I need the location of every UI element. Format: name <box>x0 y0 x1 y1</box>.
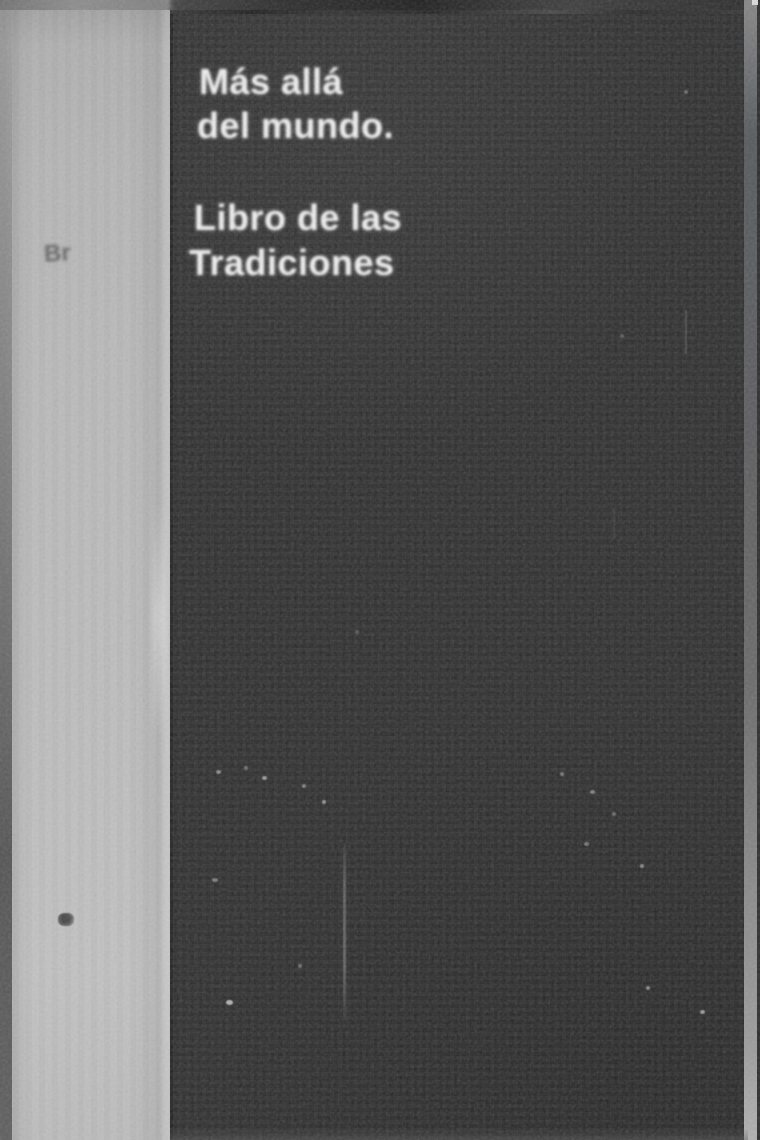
dust-speck <box>646 986 650 990</box>
dust-speck <box>298 964 302 968</box>
dust-speck <box>684 90 688 94</box>
dust-speck <box>226 1000 233 1005</box>
dust-speck <box>302 784 306 788</box>
photo-right-edge <box>744 0 757 1140</box>
cover-scratch-line-2 <box>685 310 687 354</box>
cover-title-line-2: del mundo. <box>197 108 394 144</box>
dust-speck <box>700 1010 705 1014</box>
photo-bottom-edge <box>170 1128 748 1140</box>
cover-title-line-1: Más allá <box>199 64 343 100</box>
cover-subtitle-line-2: Tradiciones <box>189 245 395 281</box>
spine-pencil-mark: Br <box>43 239 71 268</box>
dust-speck <box>640 864 644 868</box>
cover-scratch-line-3 <box>613 508 615 538</box>
book-cover-photo: Más allá del mundo. Libro de las Tradici… <box>0 0 760 1140</box>
front-cover <box>170 0 748 1140</box>
cover-subtitle-line-1: Libro de las <box>194 200 402 236</box>
dust-speck <box>584 842 589 846</box>
corner-highlight-speck <box>752 0 758 5</box>
spine-stain-speck <box>58 913 74 926</box>
dust-speck <box>590 790 595 794</box>
spine-highlight <box>152 500 166 740</box>
dust-speck <box>322 800 326 804</box>
dust-speck <box>560 772 564 776</box>
cover-scratch-line <box>343 843 346 1021</box>
photo-left-edge <box>0 0 12 1140</box>
dust-speck <box>355 630 359 634</box>
photo-top-edge <box>0 0 760 10</box>
dust-speck <box>262 776 267 780</box>
dust-speck <box>620 334 624 338</box>
dust-speck <box>212 878 218 882</box>
dust-speck <box>612 812 616 816</box>
dust-speck <box>244 766 248 770</box>
dust-speck <box>216 770 221 774</box>
book-spine <box>0 0 170 1140</box>
